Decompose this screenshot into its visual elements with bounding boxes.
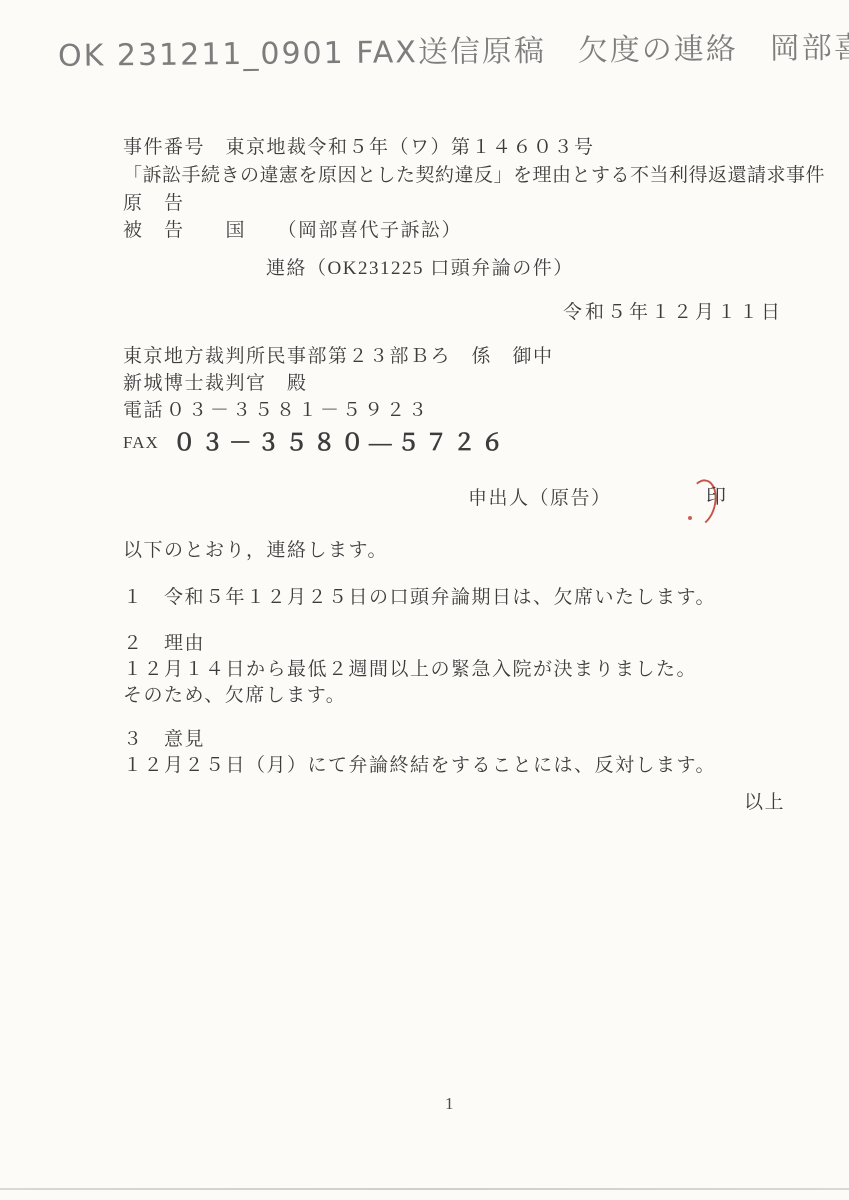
seal-character: 印 <box>706 485 728 509</box>
fax-document-page: OK 231211_0901 FAX送信原稿 欠度の連絡 岡部喜代子訴訟 事件番… <box>0 0 849 1200</box>
document-date: 令和５年１２月１１日 <box>563 301 783 325</box>
body-item2-text1: １２月１４日から最低２週間以上の緊急入院が決まりました。 <box>123 658 697 682</box>
handwritten-note: OK 231211_0901 FAX送信原稿 欠度の連絡 岡部喜代子訴訟 <box>58 21 849 75</box>
fax-number: ０３－３５８０—５７２６ <box>173 430 509 455</box>
body-item2-heading: ２ 理由 <box>123 632 205 656</box>
tel-number: ０３－３５８１－５９２３ <box>166 400 430 421</box>
recipient-judge-line: 新城博士裁判官 殿 <box>123 372 308 396</box>
fax-label: FAX <box>123 433 159 452</box>
body-item3-heading: ３ 意見 <box>123 728 205 752</box>
defendant-line: 被 告 国 （岡部喜代子訴訟） <box>123 219 462 243</box>
closing-statement: 以上 <box>744 791 785 815</box>
subject-line: 連絡（OK231225 口頭弁論の件） <box>266 257 574 281</box>
body-item1: １ 令和５年１２月２５日の口頭弁論期日は、欠席いたします。 <box>123 586 716 610</box>
page-number: 1 <box>445 1094 454 1114</box>
case-title-line: 「訴訟手続きの違憲を原因とした契約違反」を理由とする不当利得返還請求事件 <box>123 164 825 188</box>
tel-label: 電話 <box>123 400 164 421</box>
fax-line: FAX０３－３５８０—５７２６ <box>123 424 509 457</box>
body-intro: 以下のとおり，連絡します。 <box>123 539 388 563</box>
recipient-court-line: 東京地方裁判所民事部第２３部Ｂろ 係 御中 <box>123 345 554 369</box>
scan-edge-line <box>0 1188 849 1190</box>
hanko-stamp-dot <box>688 516 692 520</box>
tel-line: 電話０３－３５８１－５９２３ <box>123 399 430 423</box>
case-number-line: 事件番号 東京地裁令和５年（ワ）第１４６０３号 <box>123 136 595 160</box>
body-item2-text2: そのため、欠席します。 <box>123 684 346 708</box>
body-item3-text: １２月２５日（月）にて弁論終結をすることには、反対します。 <box>123 754 716 778</box>
plaintiff-line: 原 告 <box>123 192 185 216</box>
sender-label: 申出人（原告） <box>468 487 612 511</box>
